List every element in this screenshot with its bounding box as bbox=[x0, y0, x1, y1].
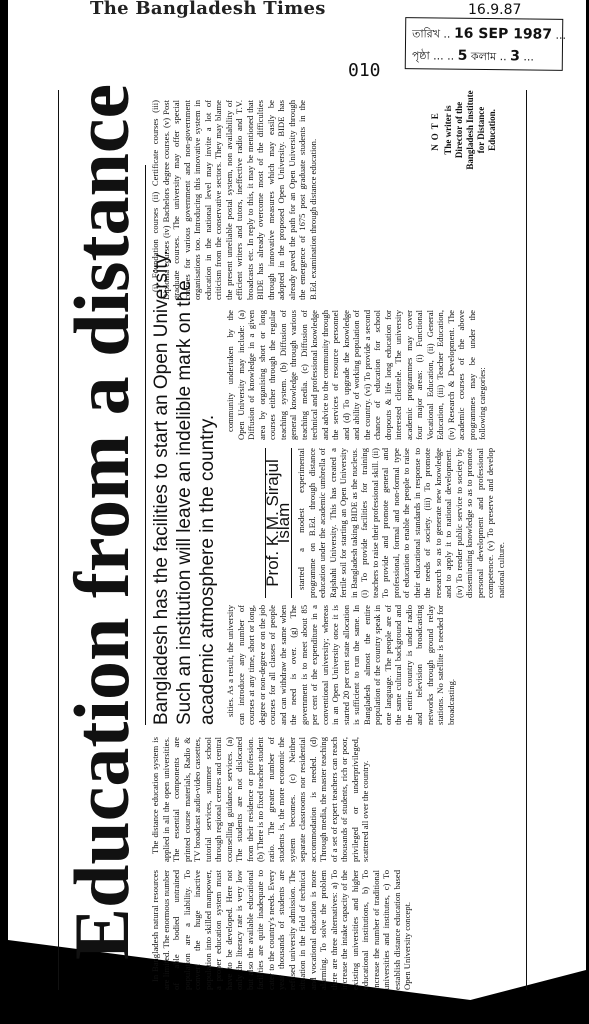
column-text: sities. As a result, the university can … bbox=[225, 605, 456, 725]
column-text: The distance education system is applied… bbox=[150, 737, 371, 862]
stamp-page-label: পৃষ্ঠা bbox=[412, 49, 430, 62]
stamp-page-row: পৃষ্ঠা ... .. 5 কলাম .. 3 ... bbox=[412, 44, 556, 68]
article-column-3: sities. As a result, the university can … bbox=[225, 605, 520, 725]
article-column-2: The distance education system is applied… bbox=[150, 737, 520, 862]
newspaper-masthead: The Bangladesh Times bbox=[90, 0, 326, 19]
article-column-1: In Bangladesh natural resources are limi… bbox=[150, 870, 520, 990]
stamp-date-row: তারিখ .. 16 SEP 1987 ... bbox=[412, 22, 556, 46]
article-headline: Education from a distance bbox=[60, 84, 144, 960]
stamp-date-label: তারিখ bbox=[412, 27, 440, 40]
stamp-page-value: 5 bbox=[458, 48, 468, 64]
author-note: NOTE The writer is Director of the Bangl… bbox=[430, 90, 498, 170]
archive-stamp: তারিখ .. 16 SEP 1987 ... পৃষ্ঠা ... .. 5… bbox=[405, 17, 564, 71]
article-column-6: (i) Foundation courses (ii) Certificate … bbox=[150, 100, 420, 300]
column-text: (i) Foundation courses (ii) Certificate … bbox=[150, 100, 318, 300]
note-text: The writer is Director of the Bangladesh… bbox=[443, 90, 498, 170]
column-text: started a modest experimental programme … bbox=[296, 448, 506, 598]
stamp-date-value: 16 SEP 1987 bbox=[454, 26, 552, 43]
article-column-5: community undertaken by the Open Univers… bbox=[225, 310, 520, 440]
column-text: community undertaken by the Open Univers… bbox=[225, 310, 488, 440]
article-border-bottom bbox=[526, 90, 527, 990]
article-column-4: Prof. K.M. Sirajul Islam started a modes… bbox=[225, 448, 520, 598]
note-title: NOTE bbox=[430, 90, 441, 170]
page-number: 010 bbox=[348, 60, 381, 81]
handwritten-date: 16.9.87 bbox=[468, 2, 521, 18]
article-byline: Prof. K.M. Sirajul Islam bbox=[265, 448, 292, 598]
column-text: In Bangladesh natural resources are limi… bbox=[150, 870, 413, 990]
stamp-column-label: কলাম bbox=[471, 50, 496, 63]
article: Education from a distance In Bangladesh … bbox=[60, 90, 530, 990]
stamp-column-value: 3 bbox=[510, 48, 520, 64]
